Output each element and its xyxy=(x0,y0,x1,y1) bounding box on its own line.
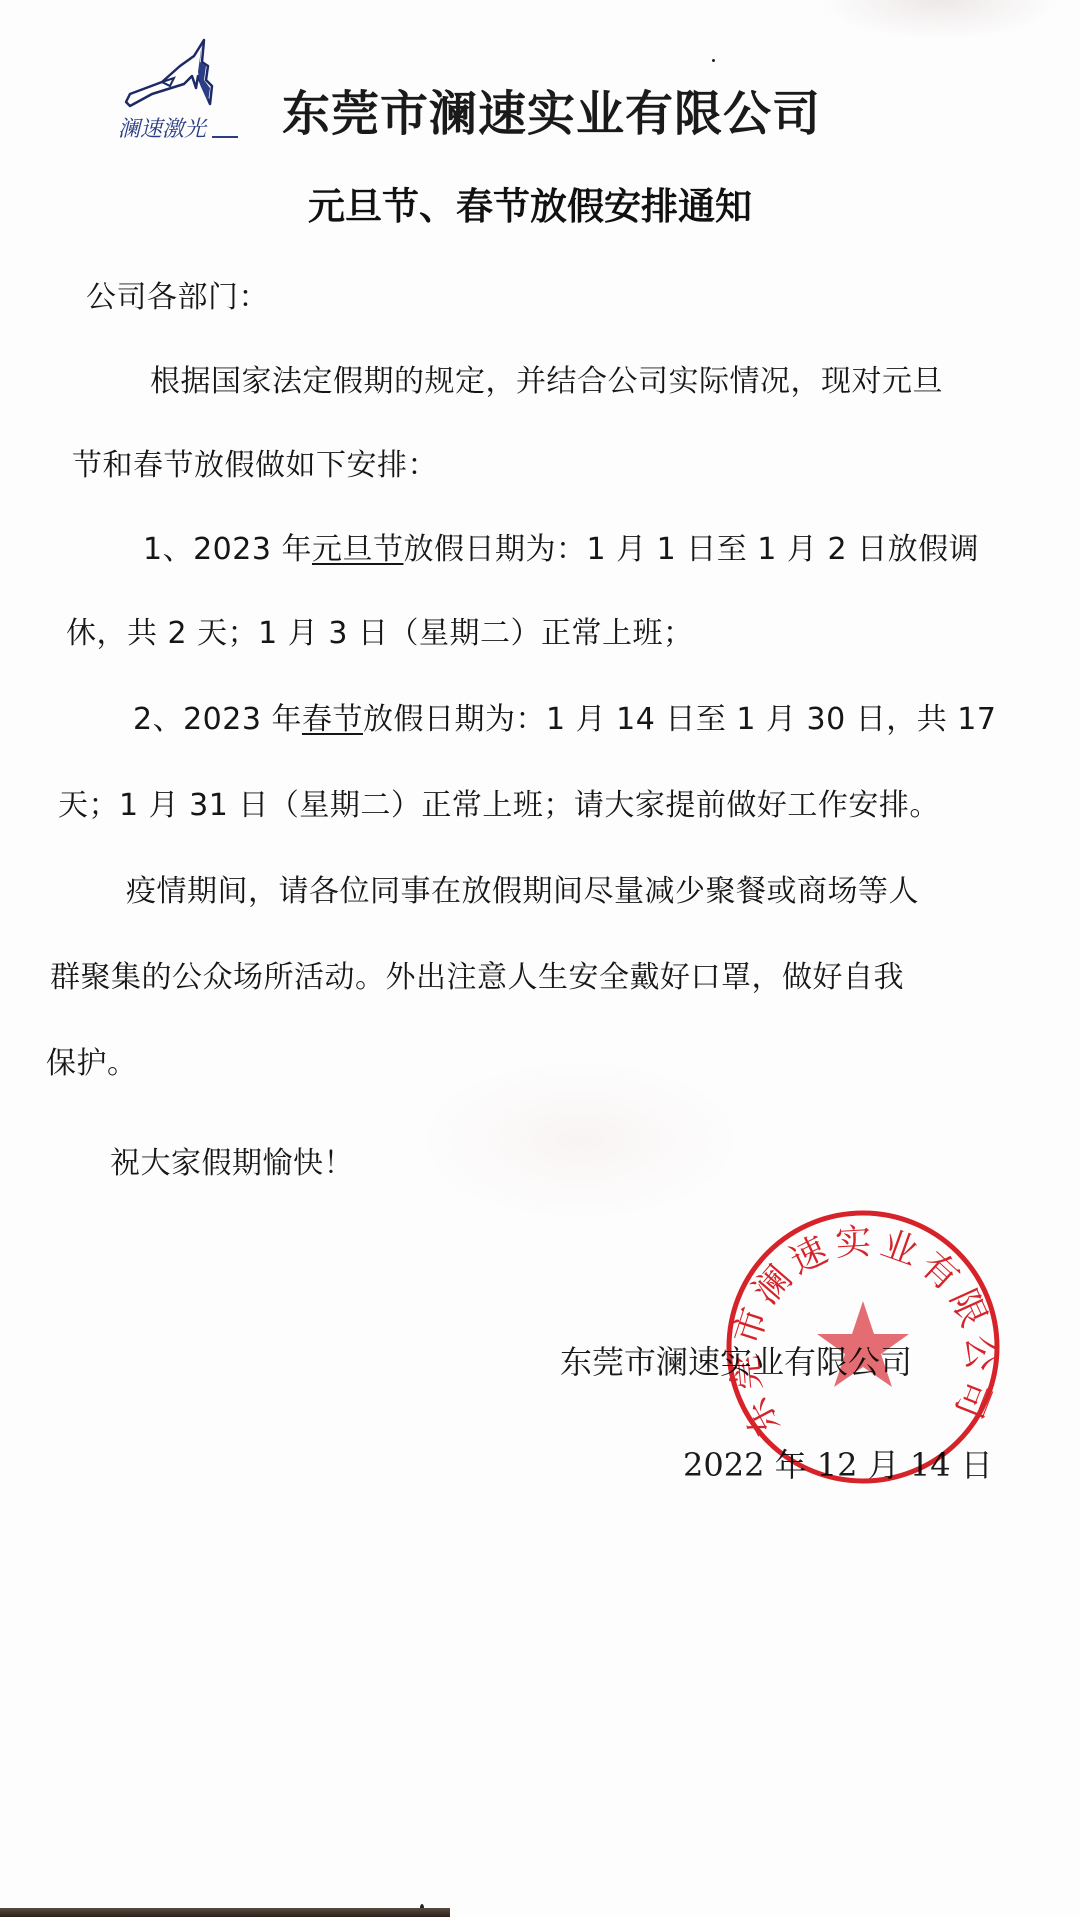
item-2-holiday: 春节 xyxy=(302,702,363,737)
notice-title: 元旦节、春节放假安排通知 xyxy=(308,176,752,230)
signature-company: 东莞市澜速实业有限公司 xyxy=(560,1337,912,1383)
company-name-header: 东莞市澜速实业有限公司 xyxy=(282,75,821,144)
wolf-head-lightning-icon xyxy=(122,36,232,116)
covid-line-3: 保护。 xyxy=(46,1038,138,1082)
company-logo: 澜速激光 xyxy=(112,36,242,146)
covid-line-1: 疫情期间，请各位同事在放假期间尽量减少聚餐或商场等人 xyxy=(126,866,919,910)
intro-line-1: 根据国家法定假期的规定，并结合公司实际情况，现对元旦 xyxy=(150,356,943,400)
document-page: 澜速激光 东莞市澜速实业有限公司 元旦节、春节放假安排通知 公司各部门： 根据国… xyxy=(0,0,1080,1917)
item-1-rest: 放假日期为：1 月 1 日至 1 月 2 日放假调 xyxy=(403,532,979,567)
closing-wish: 祝大家假期愉快！ xyxy=(110,1138,354,1182)
item-2-line-2: 天；1 月 31 日（星期二）正常上班；请大家提前做好工作安排。 xyxy=(58,780,940,824)
salutation: 公司各部门： xyxy=(86,272,269,316)
signature-date: 2022 年 12 月 14 日 xyxy=(683,1440,993,1486)
intro-line-2: 节和春节放假做如下安排： xyxy=(72,440,438,484)
item-1-holiday: 元旦节 xyxy=(312,532,404,567)
covid-line-2: 群聚集的公众场所活动。外出注意人生安全戴好口罩，做好自我 xyxy=(50,952,904,996)
item-1-line-2: 休，共 2 天；1 月 3 日（星期二）正常上班； xyxy=(66,608,693,652)
item-1-line-1: 1、2023 年元旦节放假日期为：1 月 1 日至 1 月 2 日放假调 xyxy=(143,524,979,568)
item-2-prefix: 2、2023 年 xyxy=(133,702,302,737)
paper-smudge xyxy=(820,0,1060,40)
logo-text: 澜速激光 xyxy=(118,112,206,143)
paper-speck xyxy=(712,59,715,62)
paper-bottom-edge xyxy=(0,1908,450,1917)
logo-underline xyxy=(212,136,238,138)
item-2-line-1: 2、2023 年春节放假日期为：1 月 14 日至 1 月 30 日，共 17 xyxy=(133,694,996,738)
paper-smudge xyxy=(420,1060,740,1220)
seal-text: 东莞市澜速实业有限公司 xyxy=(725,1221,1001,1442)
item-2-rest: 放假日期为：1 月 14 日至 1 月 30 日，共 17 xyxy=(363,702,996,737)
item-1-prefix: 1、2023 年 xyxy=(143,532,312,567)
svg-text:东莞市澜速实业有限公司: 东莞市澜速实业有限公司 xyxy=(725,1221,1001,1442)
